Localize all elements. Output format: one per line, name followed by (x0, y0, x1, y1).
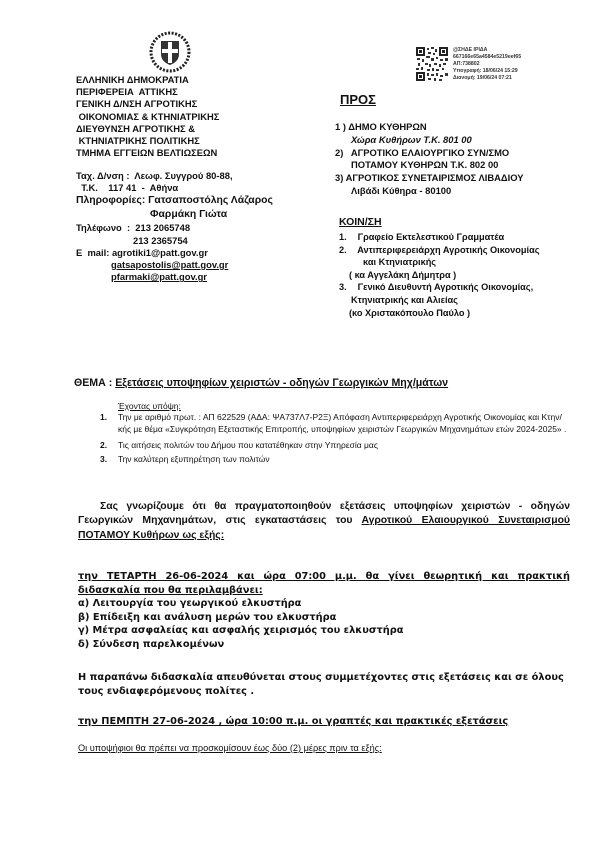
sender-line: ΠΕΡΙΦΕΡΕΙΑ ΑΤΤΙΚΗΣ (76, 86, 219, 98)
phone-line: Τηλέφωνο : 213 2065748 (76, 222, 273, 234)
cc-text: Γραφείο Εκτελεστικού Γραμματέα (358, 232, 505, 242)
subject-label: ΘΕΜΑ : (74, 377, 115, 389)
wednesday-heading: την ΤΕΤΑΡΤΗ 26-06-2024 και ώρα 07:00 μ.μ… (78, 570, 570, 597)
subject-text: Εξετάσεις υποψηφίων χειριστών - οδηγών Γ… (115, 377, 448, 389)
email-link[interactable]: pfarmaki@patt.gov.gr (76, 271, 207, 283)
recipient-item: 1 ) ΔΗΜΟ ΚΥΘΗΡΩΝ (335, 121, 524, 134)
sender-line: ΟΙΚΟΝΟΜΙΑΣ & ΚΤΗΝΙΑΤΡΙΚΗΣ (76, 111, 219, 123)
recipient-address: Χώρα Κυθήρων Τ.Κ. 801 00 (335, 134, 524, 147)
cc-title: ΚΟΙΝ/ΣΗ (339, 216, 382, 228)
cc-number: 1. (339, 231, 355, 244)
consideration-item: 3. Την καλύτερη εξυπηρέτηση των πολιτών (100, 454, 570, 466)
qr-code-icon (416, 47, 448, 81)
cc-number: 2. (339, 244, 355, 257)
recipient-item: 2) ΑΓΡΟΤΙΚΟ ΕΛΑΙΟΥΡΓΙΚΟ ΣΥΝ/ΣΜΟ (335, 147, 524, 160)
consideration-number: 1. (100, 412, 118, 435)
stamp-line: ΑΠ:738802 (453, 61, 521, 68)
recipient-name: ΑΓΡΟΤΙΚΟ ΕΛΑΙΟΥΡΓΙΚΟ ΣΥΝ/ΣΜΟ (351, 147, 509, 158)
cc-item: 1. Γραφείο Εκτελεστικού Γραμματέα (339, 231, 540, 244)
cc-text: Γενικό Διευθυντή Αγροτικής Οικονομίας, (358, 282, 534, 292)
phone-line-2: 213 2365754 (76, 235, 273, 247)
email-line[interactable]: E mail: agrotiki1@patt.gov.gr (76, 247, 273, 259)
address-line: Ταχ. Δ/νση : Λεωφ. Συγγρού 80-88, (76, 170, 273, 182)
training-note: Η παραπάνω διδασκαλία απευθύνεται στους … (78, 671, 570, 699)
sender-line: ΤΜΗΜΑ ΕΓΓΕΙΩΝ ΒΕΛΤΙΩΣΕΩΝ (76, 147, 219, 159)
stamp-line: @ΣΗΔΕ ΙΡΙΔΑ (453, 47, 521, 54)
consideration-text: Τις αιτήσεις πολιτών του Δήμου που κατατ… (118, 440, 378, 452)
recipient-name: ΑΓΡΟΤΙΚΟΣ ΣΥΝΕΤΑΙΡΙΣΜΟΣ ΛΙΒΑΔΙΟΥ (346, 172, 524, 183)
stamp-line: Διανομή: 19/06/24 07:21 (453, 75, 521, 82)
intro-paragraph: Σας γνωρίζουμε ότι θα πραγματοποιηθούν ε… (78, 500, 570, 543)
recipient-number: 1 ) (335, 121, 346, 132)
cc-subtext: και Κτηνιατρικής (339, 256, 540, 269)
recipient-number: 2) (335, 147, 343, 158)
digital-signature-stamp: @ΣΗΔΕ ΙΡΙΔΑ 667166e65a4584e5219eef65 ΑΠ:… (453, 47, 521, 82)
cc-contact: ( κα Αγγελάκη Δήμητρα ) (339, 269, 540, 282)
email-link[interactable]: gatsapostolis@patt.gov.gr (76, 259, 228, 271)
recipient-address: ΠΟΤΑΜΟΥ ΚΥΘΗΡΩΝ Τ.Κ. 802 00 (335, 159, 524, 172)
consideration-text: Την καλύτερη εξυπηρέτηση των πολιτών (118, 454, 270, 466)
consideration-item: 2. Τις αιτήσεις πολιτών του Δήμου που κα… (100, 440, 570, 452)
consideration-text: Την με αριθμό πρωτ. : ΑΠ 622529 (ΑΔΑ: ΨΑ… (118, 412, 570, 435)
consideration-number: 3. (100, 454, 118, 466)
postal-code-line: Τ.Κ. 117 41 - Αθήνα (76, 182, 273, 194)
thursday-exams: την ΠΕΜΠΤΗ 27-06-2024 , ώρα 10:00 π.μ. ο… (78, 716, 508, 727)
recipients-list: 1 ) ΔΗΜΟ ΚΥΘΗΡΩΝ Χώρα Κυθήρων Τ.Κ. 801 0… (335, 121, 524, 198)
cc-subtext: Κτηνιατρικής και Αλιείας (339, 294, 540, 307)
training-item: γ) Μέτρα ασφαλείας και ασφαλής χειρισμός… (78, 624, 570, 638)
wednesday-section: την ΤΕΤΑΡΤΗ 26-06-2024 και ώρα 07:00 μ.μ… (78, 570, 570, 652)
contact-info: Ταχ. Δ/νση : Λεωφ. Συγγρού 80-88, Τ.Κ. 1… (76, 170, 273, 283)
recipient-name: ΔΗΜΟ ΚΥΘΗΡΩΝ (348, 121, 426, 132)
sender-line: ΕΛΛΗΝΙΚΗ ΔΗΜΟΚΡΑΤΙΑ (76, 74, 219, 86)
documents-requirement: Οι υποψήφιοι θα πρέπει να προσκομίσουν έ… (78, 743, 382, 753)
considering-title: Έχοντας υπόψη: (118, 401, 181, 411)
recipient-item: 3) ΑΓΡΟΤΙΚΟΣ ΣΥΝΕΤΑΙΡΙΣΜΟΣ ΛΙΒΑΔΙΟΥ (335, 172, 524, 185)
recipients-title: ΠΡΟΣ (340, 92, 376, 107)
cc-item: 3. Γενικό Διευθυντή Αγροτικής Οικονομίας… (339, 281, 540, 294)
cc-text: Αντιπεριφερειάρχη Αγροτικής Οικονομίας (357, 245, 539, 255)
info-contact: Πληροφορίες: Γατσαποστόλης Λάζαρος (76, 194, 273, 208)
sender-line: ΔΙΕΥΘΥΝΣΗ ΑΓΡΟΤΙΚΗΣ & (76, 123, 219, 135)
cc-list: 1. Γραφείο Εκτελεστικού Γραμματέα 2. Αντ… (339, 231, 540, 319)
recipient-number: 3) (335, 172, 343, 183)
sender-line: ΓΕΝΙΚΗ Δ/ΝΣΗ ΑΓΡΟΤΙΚΗΣ (76, 98, 219, 110)
subject-line: ΘΕΜΑ : Εξετάσεις υποψηφίων χειριστών - ο… (74, 377, 448, 389)
consideration-item: 1. Την με αριθμό πρωτ. : ΑΠ 622529 (ΑΔΑ:… (100, 412, 570, 435)
cc-number: 3. (339, 281, 355, 294)
stamp-line: 667166e65a4584e5219eef65 (453, 54, 521, 61)
cc-contact: (κο Χριστακόπουλο Παύλο ) (339, 307, 540, 320)
recipient-address: Λιβάδι Κύθηρα - 80100 (335, 185, 524, 198)
info-contact-2: Φαρμάκη Γιώτα (76, 208, 273, 222)
training-item: β) Επίδειξη και ανάλυση μερών του ελκυστ… (78, 611, 570, 625)
training-item: α) Λειτουργία του γεωργικού ελκυστήρα (78, 597, 570, 611)
cc-item: 2. Αντιπεριφερειάρχη Αγροτικής Οικονομία… (339, 244, 540, 257)
consideration-number: 2. (100, 440, 118, 452)
greek-coat-of-arms-icon (148, 30, 192, 74)
sender-organization: ΕΛΛΗΝΙΚΗ ΔΗΜΟΚΡΑΤΙΑ ΠΕΡΙΦΕΡΕΙΑ ΑΤΤΙΚΗΣ Γ… (76, 74, 219, 159)
sender-line: ΚΤΗΝΙΑΤΡΙΚΗΣ ΠΟΛΙΤΙΚΗΣ (76, 135, 219, 147)
training-item: δ) Σύνδεση παρελκομένων (78, 638, 570, 652)
considerations-list: 1. Την με αριθμό πρωτ. : ΑΠ 622529 (ΑΔΑ:… (100, 412, 570, 467)
stamp-line: Υπογραφή: 18/06/24 15:29 (453, 68, 521, 75)
